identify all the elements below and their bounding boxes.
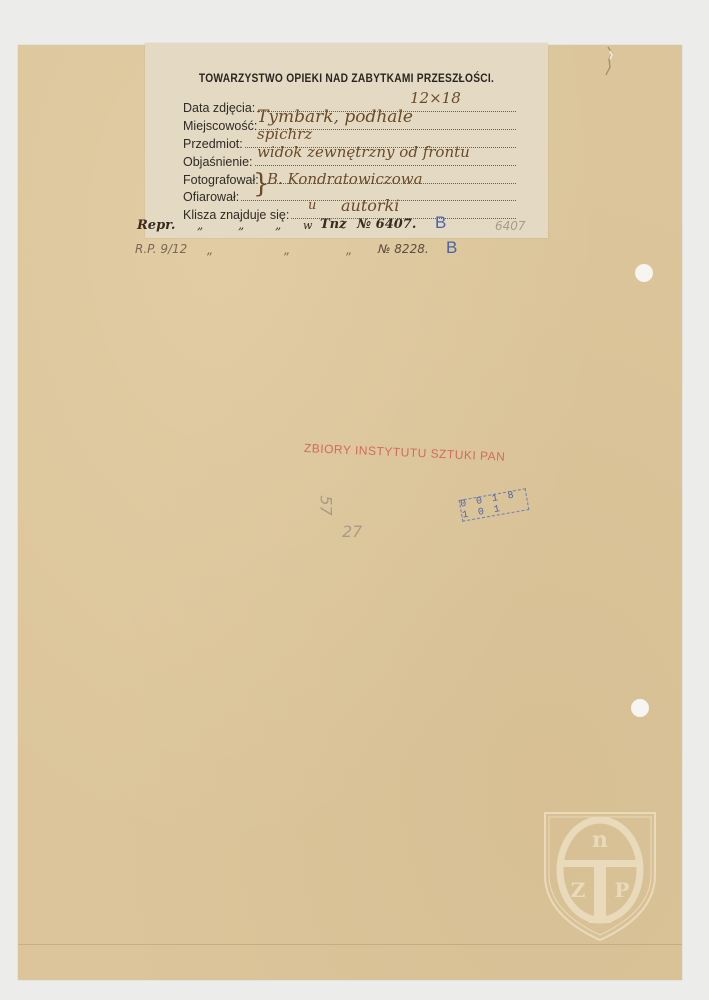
ditto-mark: „: [238, 218, 244, 232]
value-description: widok zewnętrzny od frontu: [257, 143, 470, 161]
ditto-mark: „: [275, 218, 281, 232]
repr-in: w: [303, 219, 312, 232]
field-label: Objaśnienie:: [183, 155, 253, 169]
watermark-letter-n: n: [592, 827, 608, 853]
field-label: Ofiarował:: [183, 190, 239, 204]
repr-letter: B: [435, 213, 446, 233]
ditto-mark: „: [207, 243, 213, 257]
field-label: Przedmiot:: [183, 137, 243, 151]
rp-letter: B: [446, 238, 457, 258]
punch-hole-bottom: [631, 699, 649, 717]
watermark-letter-z: Z: [571, 878, 586, 902]
field-label: Data zdjęcia:: [183, 101, 255, 115]
pencil-number: 6407: [495, 219, 526, 233]
rp-number: № 8228.: [378, 242, 429, 256]
value-negative-prefix: u: [308, 198, 316, 213]
rp-prefix: R.P. 9/12: [135, 242, 187, 256]
value-date: 12×18: [410, 89, 461, 107]
repr-number: № 6407.: [357, 217, 416, 232]
repr-prefix: Repr.: [137, 218, 175, 233]
repr-tnz: Tnz: [320, 217, 347, 232]
field-label: Miejscowość:: [183, 119, 257, 133]
value-photographer: B. Kondratowiczowa: [267, 170, 423, 188]
value-subject: spichrz: [257, 125, 312, 143]
value-negative-location: autorki: [341, 196, 399, 215]
value-place: Tymbark, podhale: [257, 107, 413, 127]
punch-hole-top: [635, 264, 653, 282]
pencil-note-top: 57: [317, 495, 336, 515]
pencil-note-bottom: 27: [342, 522, 362, 541]
paper-tear-mark: [600, 45, 620, 85]
card-title: TOWARZYSTWO OPIEKI NAD ZABYTKAMI PRZESZŁ…: [175, 71, 518, 85]
ntzp-watermark-emblem: n Z P: [540, 805, 660, 945]
ditto-mark: „: [197, 218, 203, 232]
ditto-mark: „: [284, 243, 290, 257]
ditto-mark: „: [346, 243, 352, 257]
catalog-label-card: TOWARZYSTWO OPIEKI NAD ZABYTKAMI PRZESZŁ…: [145, 43, 548, 238]
field-label: Fotografował:: [183, 173, 259, 187]
watermark-letter-p: P: [614, 878, 629, 902]
